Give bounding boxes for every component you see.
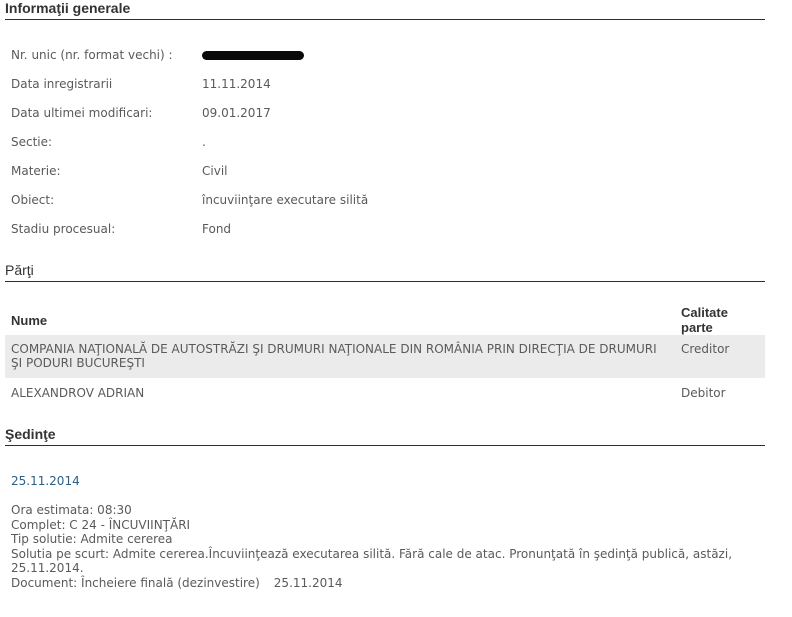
info-value: încuviinţare executare silită	[202, 193, 368, 207]
info-value: Fond	[202, 222, 231, 236]
document-date: 25.11.2014	[274, 576, 343, 590]
info-value: 09.01.2017	[202, 106, 271, 120]
party-role: Debitor	[675, 378, 765, 407]
hearing-ora: Ora estimata: 08:30	[11, 503, 761, 518]
table-row: COMPANIA NAŢIONALĂ DE AUTOSTRĂZI ŞI DRUM…	[5, 335, 765, 378]
info-value: Civil	[202, 164, 227, 178]
section-title-sedinte: Şedinţe	[5, 426, 765, 446]
hearing-document: Document: Încheiere finală (dezinvestire…	[11, 576, 761, 591]
party-name: ALEXANDROV ADRIAN	[5, 378, 675, 407]
info-label: Obiect:	[11, 193, 54, 207]
info-label: Materie:	[11, 164, 61, 178]
column-header-nume: Nume	[5, 305, 675, 335]
info-value: .	[202, 135, 206, 149]
party-name: COMPANIA NAŢIONALĂ DE AUTOSTRĂZI ŞI DRUM…	[5, 335, 675, 378]
info-label: Data ultimei modificari:	[11, 106, 152, 120]
info-value: 11.11.2014	[202, 77, 271, 91]
redaction-mark	[202, 51, 304, 60]
section-title-general-info: Informaţii generale	[5, 0, 765, 20]
column-header-calitate: Calitate parte	[675, 305, 765, 335]
table-header-row: Nume Calitate parte	[5, 305, 765, 335]
table-row: ALEXANDROV ADRIAN Debitor	[5, 378, 765, 407]
info-label: Stadiu procesual:	[11, 222, 115, 236]
info-label: Nr. unic (nr. format vechi) :	[11, 48, 173, 62]
parties-table: Nume Calitate parte COMPANIA NAŢIONALĂ D…	[5, 305, 765, 407]
section-title-parti: Părţi	[5, 262, 765, 282]
hearing-date-link[interactable]: 25.11.2014	[11, 474, 80, 488]
info-label: Sectie:	[11, 135, 52, 149]
party-role: Creditor	[675, 335, 765, 378]
document-label: Document: Încheiere finală (dezinvestire…	[11, 576, 260, 590]
hearing-details: Ora estimata: 08:30 Complet: C 24 - ÎNCU…	[11, 503, 761, 590]
redacted-value	[202, 48, 304, 63]
info-label: Data inregistrarii	[11, 77, 112, 91]
hearing-solutia: Solutia pe scurt: Admite cererea.Încuvii…	[11, 547, 761, 576]
hearing-tip-solutie: Tip solutie: Admite cererea	[11, 532, 761, 547]
hearing-complet: Complet: C 24 - ÎNCUVIINŢĂRI	[11, 518, 761, 533]
